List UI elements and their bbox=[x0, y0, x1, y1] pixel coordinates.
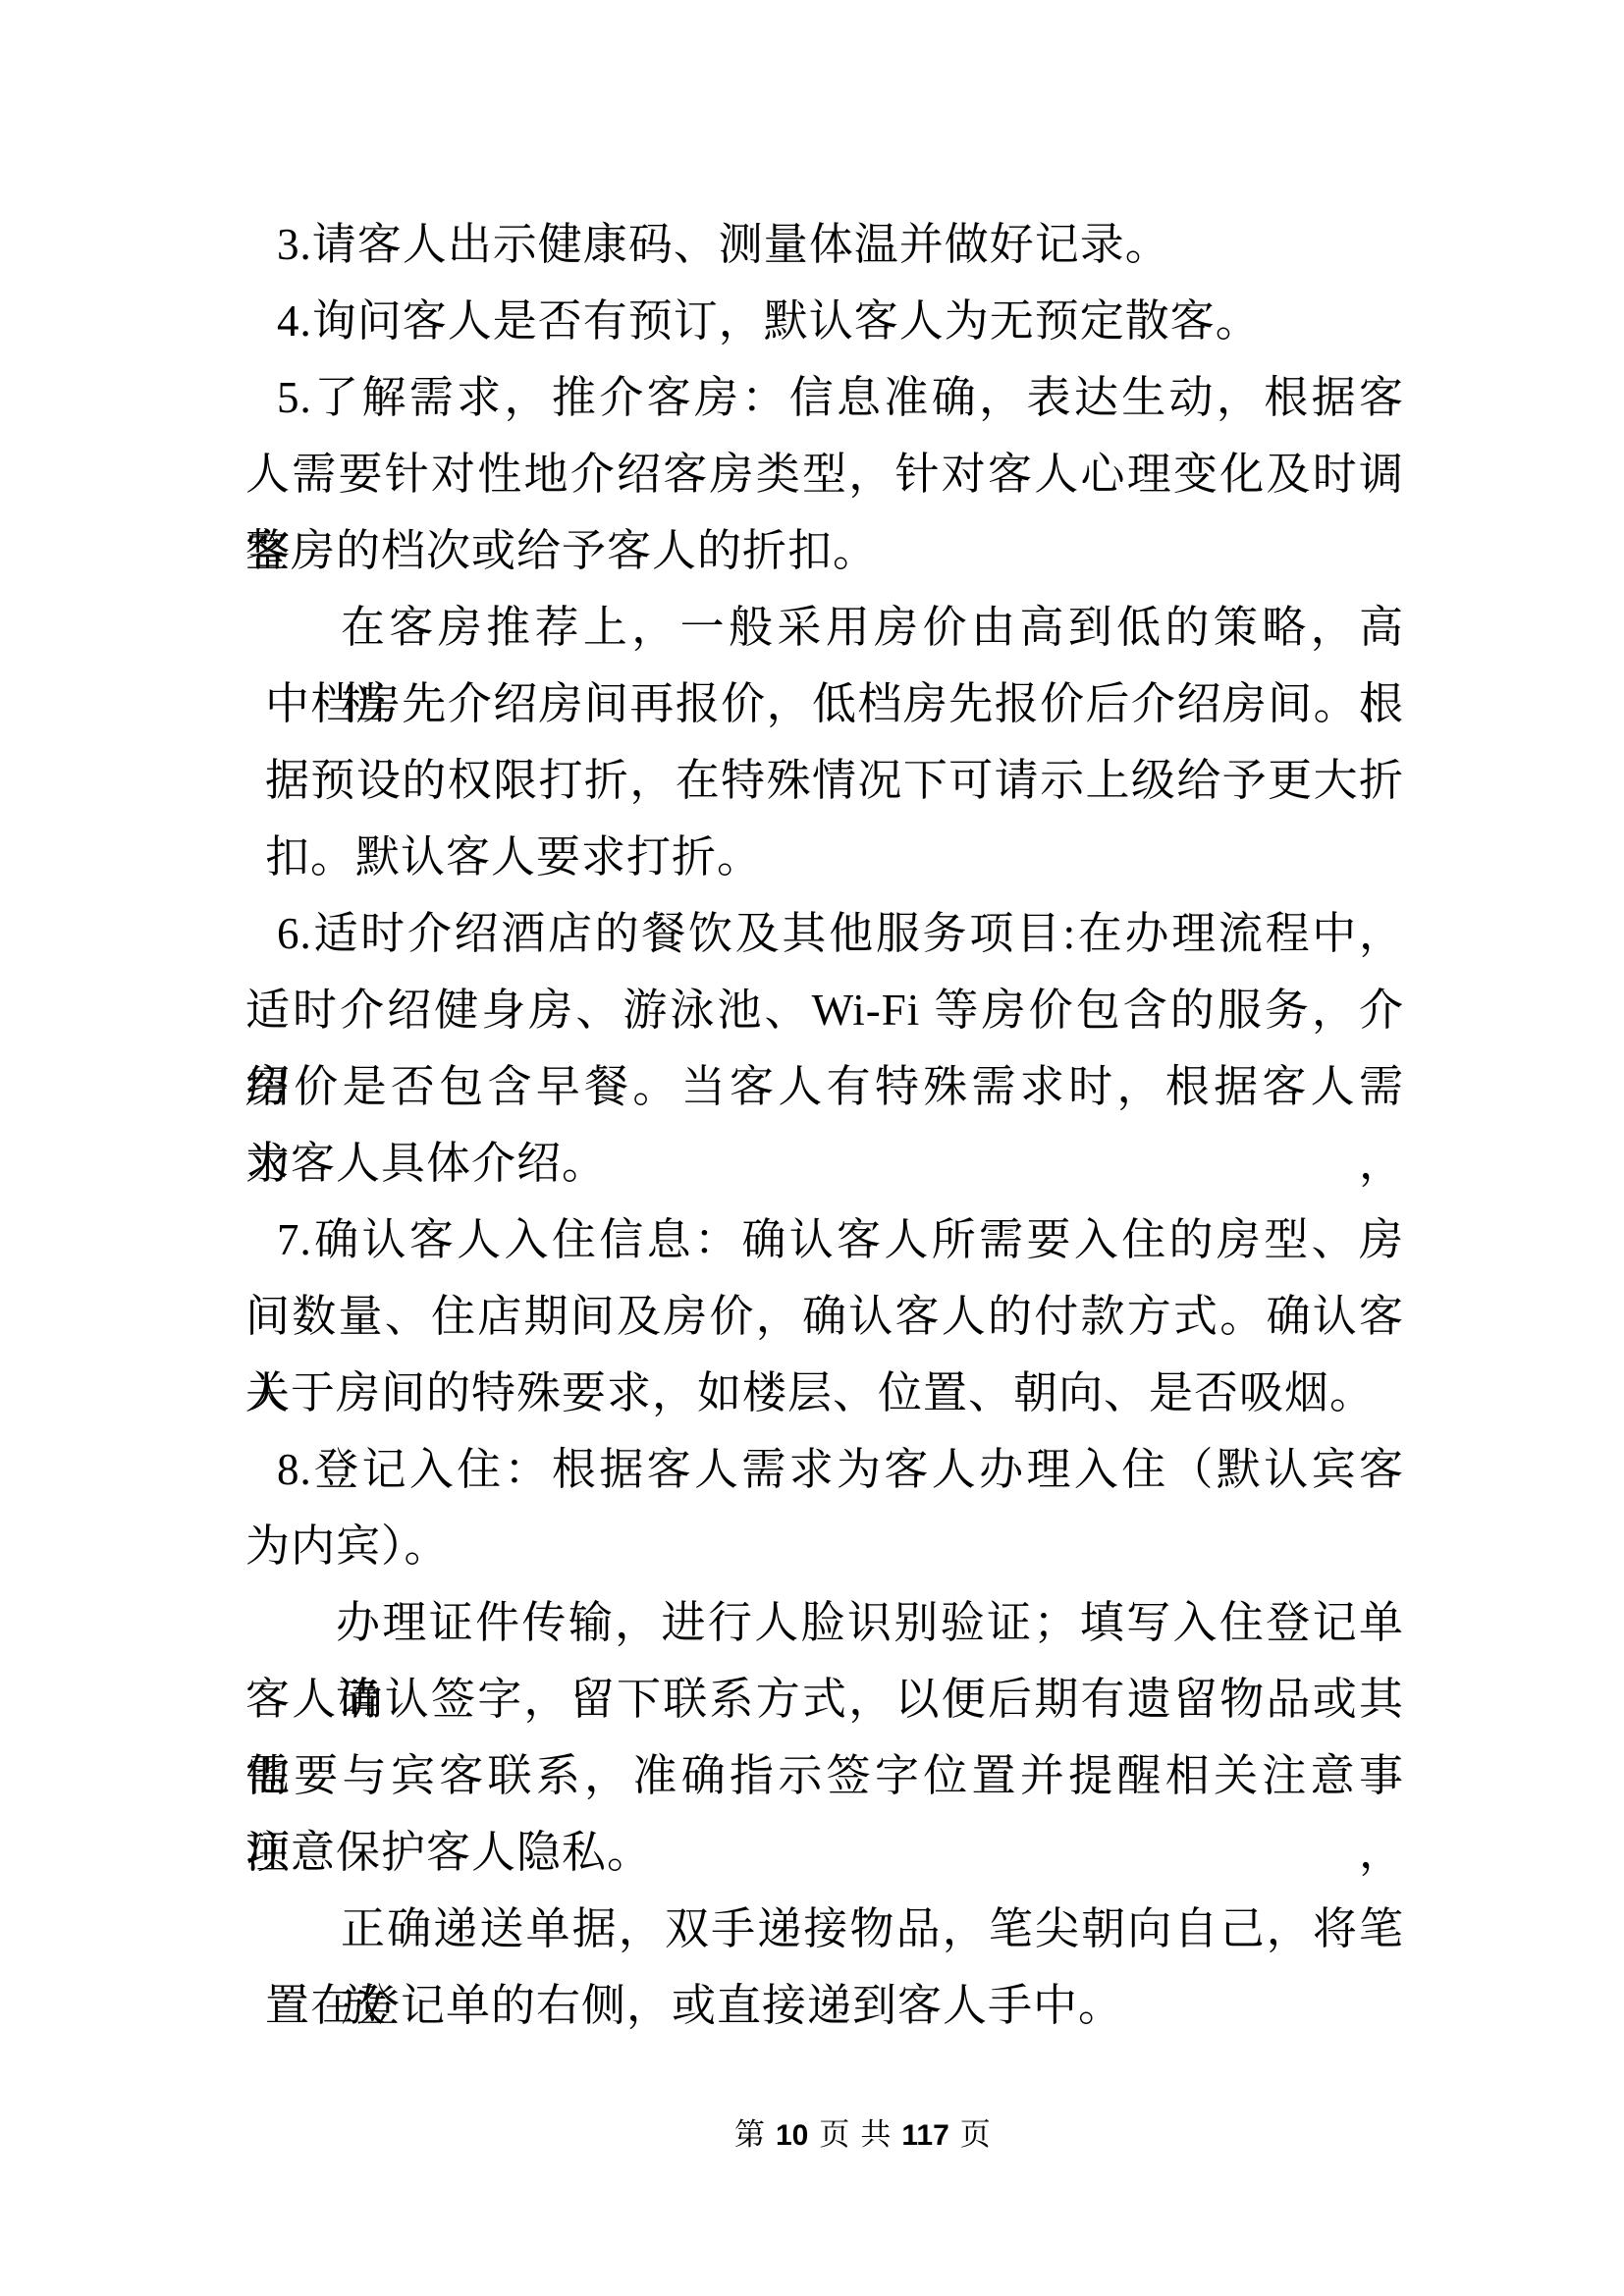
paragraph-item-6: 6.适时介绍酒店的餐饮及其他服务项目:在办理流程中， 适时介绍健身房、游泳池、W… bbox=[245, 895, 1404, 1201]
paragraph-id-verification: 办理证件传输，进行人脸识别验证；填写入住登记单请 客人确认签字，留下联系方式，以… bbox=[245, 1584, 1404, 1891]
document-body: 3.请客人出示健康码、测量体温并做好记录。 4.询问客人是否有预订，默认客人为无… bbox=[245, 206, 1404, 2044]
footer-label-ye2: 页 bbox=[960, 2117, 991, 2152]
text-line: 5.了解需求，推介客房：信息准确，表达生动，根据客 bbox=[245, 359, 1404, 436]
page-number: 10 bbox=[776, 2119, 808, 2152]
footer-label-di: 第 bbox=[734, 2117, 765, 2152]
text-line: 3.请客人出示健康码、测量体温并做好记录。 bbox=[245, 206, 1404, 283]
paragraph-item-8: 8.登记入住：根据客人需求为客人办理入住（默认宾客 为内宾）。 bbox=[245, 1431, 1404, 1584]
text-line: 8.登记入住：根据客人需求为客人办理入住（默认宾客 bbox=[245, 1431, 1404, 1508]
text-line: 6.适时介绍酒店的餐饮及其他服务项目:在办理流程中， bbox=[245, 895, 1404, 972]
text-line: 间数量、住店期间及房价，确认客人的付款方式。确认客人 bbox=[245, 1278, 1404, 1355]
text-line: 在客房推荐上，一般采用房价由高到低的策略，高档、 bbox=[245, 589, 1404, 666]
footer-label-gong: 共 bbox=[860, 2117, 891, 2152]
text-line: 7.确认客人入住信息：确认客人所需要入住的房型、房 bbox=[245, 1201, 1404, 1278]
text-line: 办理证件传输，进行人脸识别验证；填写入住登记单请 bbox=[245, 1584, 1404, 1661]
text-line: 关于房间的特殊要求，如楼层、位置、朝向、是否吸烟。 bbox=[245, 1355, 1404, 1431]
text-line: 需要与宾客联系，准确指示签字位置并提醒相关注意事项， bbox=[245, 1737, 1404, 1814]
paragraph-item-5: 5.了解需求，推介客房：信息准确，表达生动，根据客 人需要针对性地介绍客房类型，… bbox=[245, 359, 1404, 589]
paragraph-item-7: 7.确认客人入住信息：确认客人所需要入住的房型、房 间数量、住店期间及房价，确认… bbox=[245, 1201, 1404, 1431]
paragraph-room-recommendation: 在客房推荐上，一般采用房价由高到低的策略，高档、 中档房先介绍房间再报价，低档房… bbox=[245, 589, 1404, 895]
footer-label-ye: 页 bbox=[819, 2117, 849, 2152]
paragraph-item-4: 4.询问客人是否有预订，默认客人为无预定散客。 bbox=[245, 283, 1404, 359]
text-line: 正确递送单据，双手递接物品，笔尖朝向自己，将笔放 bbox=[245, 1891, 1404, 1967]
text-line: 适时介绍健身房、游泳池、Wi-Fi 等房价包含的服务，介绍 bbox=[245, 972, 1404, 1048]
text-line: 客人确认签字，留下联系方式，以便后期有遗留物品或其他 bbox=[245, 1661, 1404, 1737]
text-line: 扣。默认客人要求打折。 bbox=[245, 819, 1404, 895]
text-line: 中档房先介绍房间再报价，低档房先报价后介绍房间。根 bbox=[245, 666, 1404, 742]
text-line: 客房的档次或给予客人的折扣。 bbox=[245, 512, 1404, 589]
text-line: 房价是否包含早餐。当客人有特殊需求时，根据客人需求， bbox=[245, 1048, 1404, 1125]
document-page: 3.请客人出示健康码、测量体温并做好记录。 4.询问客人是否有预订，默认客人为无… bbox=[0, 0, 1624, 2296]
paragraph-handing-documents: 正确递送单据，双手递接物品，笔尖朝向自己，将笔放 置在登记单的右侧，或直接递到客… bbox=[245, 1891, 1404, 2044]
text-line: 为内宾）。 bbox=[245, 1508, 1404, 1584]
text-line: 据预设的权限打折，在特殊情况下可请示上级给予更大折 bbox=[245, 742, 1404, 819]
page-footer: 第10页共117页 bbox=[734, 2116, 991, 2155]
text-line: 4.询问客人是否有预订，默认客人为无预定散客。 bbox=[245, 283, 1404, 359]
paragraph-item-3: 3.请客人出示健康码、测量体温并做好记录。 bbox=[245, 206, 1404, 283]
total-pages: 117 bbox=[901, 2119, 948, 2152]
text-line: 人需要针对性地介绍客房类型，针对客人心理变化及时调整 bbox=[245, 436, 1404, 512]
text-line: 置在登记单的右侧，或直接递到客人手中。 bbox=[245, 1967, 1404, 2044]
